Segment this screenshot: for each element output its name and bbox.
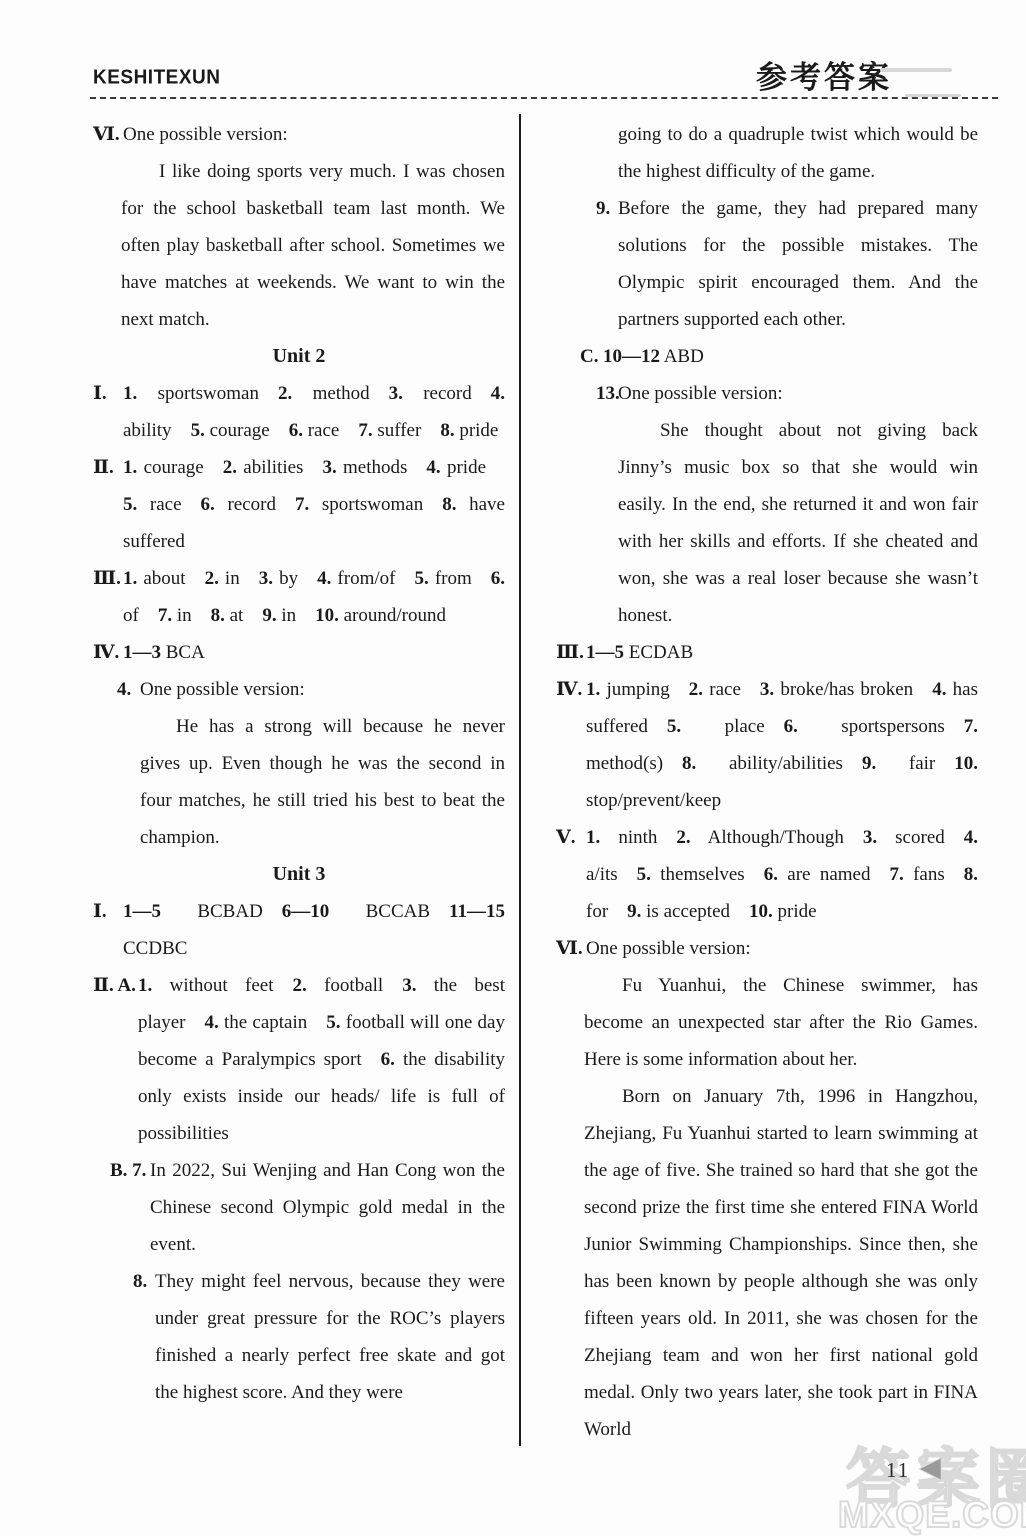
essay-paragraph: She thought about not giving back Jinny’… (618, 412, 978, 634)
answers-block: Ⅳ.1—3 BCA (93, 634, 505, 671)
answers-block: Ⅳ.1. jumping 2. race 3. broke/has broken… (556, 671, 978, 819)
answers-block: Ⅰ.1. sportswoman 2. method 3. record 4. … (93, 375, 505, 449)
section-label: Ⅳ. (556, 671, 582, 708)
answers-block: Ⅴ.1. ninth 2. Although/Though 3. scored … (556, 819, 978, 930)
scan-artifact (880, 68, 952, 72)
left-column: Ⅵ.One possible version:I like doing spor… (93, 116, 505, 1411)
watermark-site: MXQE.COM (838, 1494, 1026, 1536)
labeled-block: 4.One possible version: (93, 671, 505, 708)
answers-block: Ⅱ.1. courage 2. abilities 3. methods 4. … (93, 449, 505, 560)
labeled-block: 8.They might feel nervous, because they … (93, 1263, 505, 1411)
section-label: Ⅱ. (93, 449, 114, 486)
page-number: 11 (886, 1458, 910, 1483)
section-label: 9. (596, 190, 610, 227)
section-label: Ⅰ. (93, 893, 107, 930)
unit-heading: Unit 3 (93, 856, 505, 893)
back-arrow-icon: ◀ (920, 1452, 941, 1483)
brand-logo: KESHITEXUN (93, 66, 220, 90)
section-label: Ⅴ. (556, 819, 576, 856)
section-label: 13. (596, 375, 620, 412)
essay-paragraph: going to do a quadruple twist which woul… (618, 116, 978, 190)
answers-block: Ⅱ. A.1. without feet 2. football 3. the … (93, 967, 505, 1152)
section-label: 8. (133, 1263, 147, 1300)
labeled-block: B. 7.In 2022, Sui Wenjing and Han Cong w… (93, 1152, 505, 1263)
right-column: going to do a quadruple twist which woul… (556, 116, 978, 1448)
section-label: Ⅱ. A. (93, 967, 136, 1004)
section-label: Ⅵ. (556, 930, 583, 967)
section-label: C. (580, 338, 598, 375)
page-title: 参考答案 (756, 52, 892, 97)
essay-paragraph: He has a strong will because he never gi… (140, 708, 505, 856)
essay-paragraph: Born on January 7th, 1996 in Hangzhou, Z… (584, 1078, 978, 1448)
answers-block: Ⅲ.1. about 2. in 3. by 4. from/of 5. fro… (93, 560, 505, 634)
unit-heading: Unit 2 (93, 338, 505, 375)
essay-paragraph: Fu Yuanhui, the Chinese swimmer, has bec… (584, 967, 978, 1078)
section-label: Ⅰ. (93, 375, 107, 412)
section-label: Ⅲ. (93, 560, 121, 597)
section-label: 4. (117, 671, 131, 708)
column-divider-line (519, 114, 521, 1446)
section-label: Ⅲ. (556, 634, 584, 671)
labeled-block: 13.One possible version: (556, 375, 978, 412)
header-dashed-divider (90, 97, 998, 99)
scanned-answer-page: KESHITEXUN 参考答案 Ⅵ.One possible version:I… (0, 0, 1026, 1536)
section-label: Ⅵ. (93, 116, 120, 153)
scan-artifact (905, 94, 961, 97)
answers-block: C.10—12 ABD (556, 338, 978, 375)
essay-paragraph: I like doing sports very much. I was cho… (121, 153, 505, 338)
labeled-block: Ⅵ.One possible version: (93, 116, 505, 153)
answers-block: Ⅲ.1—5 ECDAB (556, 634, 978, 671)
section-label: Ⅳ. (93, 634, 119, 671)
answers-block: Ⅰ.1—5 BCBAD 6—10 BCCAB 11—15 CCDBC (93, 893, 505, 967)
labeled-block: Ⅵ.One possible version: (556, 930, 978, 967)
labeled-block: 9.Before the game, they had prepared man… (556, 190, 978, 338)
section-label: B. 7. (110, 1152, 146, 1189)
